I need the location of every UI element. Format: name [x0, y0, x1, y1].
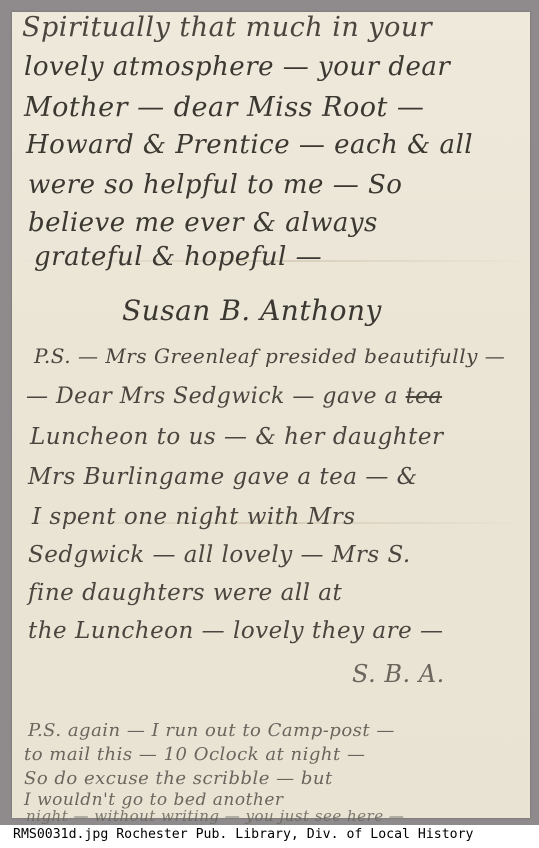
postscript-initials: S. B. A. [352, 660, 445, 688]
postscript-line: night — without writing — you just see h… [26, 807, 404, 825]
postscript-line: fine daughters were all at [28, 580, 342, 606]
postscript-line: — Dear Mrs Sedgwick — gave a tea [26, 384, 442, 409]
letter-line: Mother — dear Miss Root — [24, 92, 424, 123]
letter-line: lovely atmosphere — your dear [24, 52, 450, 82]
letter-line: were so helpful to me — So [28, 170, 402, 200]
postscript-line: Sedgwick — all lovely — Mrs S. [28, 542, 411, 568]
letter-line: Howard & Prentice — each & all [26, 130, 473, 160]
postscript-line: Mrs Burlingame gave a tea — & [28, 464, 418, 490]
postscript-line: P.S. again — I run out to Camp-post — [28, 720, 395, 741]
image-caption: RMS0031d.jpg Rochester Pub. Library, Div… [13, 827, 474, 842]
postscript-text: — Dear Mrs Sedgwick — gave a [26, 384, 398, 409]
struck-through-word: tea [406, 384, 442, 409]
postscript-line: to mail this — 10 Oclock at night — [24, 744, 365, 765]
letter-line: believe me ever & always [28, 208, 378, 238]
postscript-line: I spent one night with Mrs [32, 504, 356, 530]
signature: Susan B. Anthony [122, 294, 382, 327]
postscript-line: the Luncheon — lovely they are — [28, 618, 444, 644]
letter-line: grateful & hopeful — [34, 242, 322, 272]
letter-page: Spiritually that much in your lovely atm… [12, 12, 530, 818]
letter-line: Spiritually that much in your [22, 12, 432, 43]
postscript-line: P.S. — Mrs Greenleaf presided beautifull… [34, 344, 505, 368]
postscript-line: So do excuse the scribble — but [24, 768, 333, 789]
postscript-line: Luncheon to us — & her daughter [30, 424, 443, 450]
